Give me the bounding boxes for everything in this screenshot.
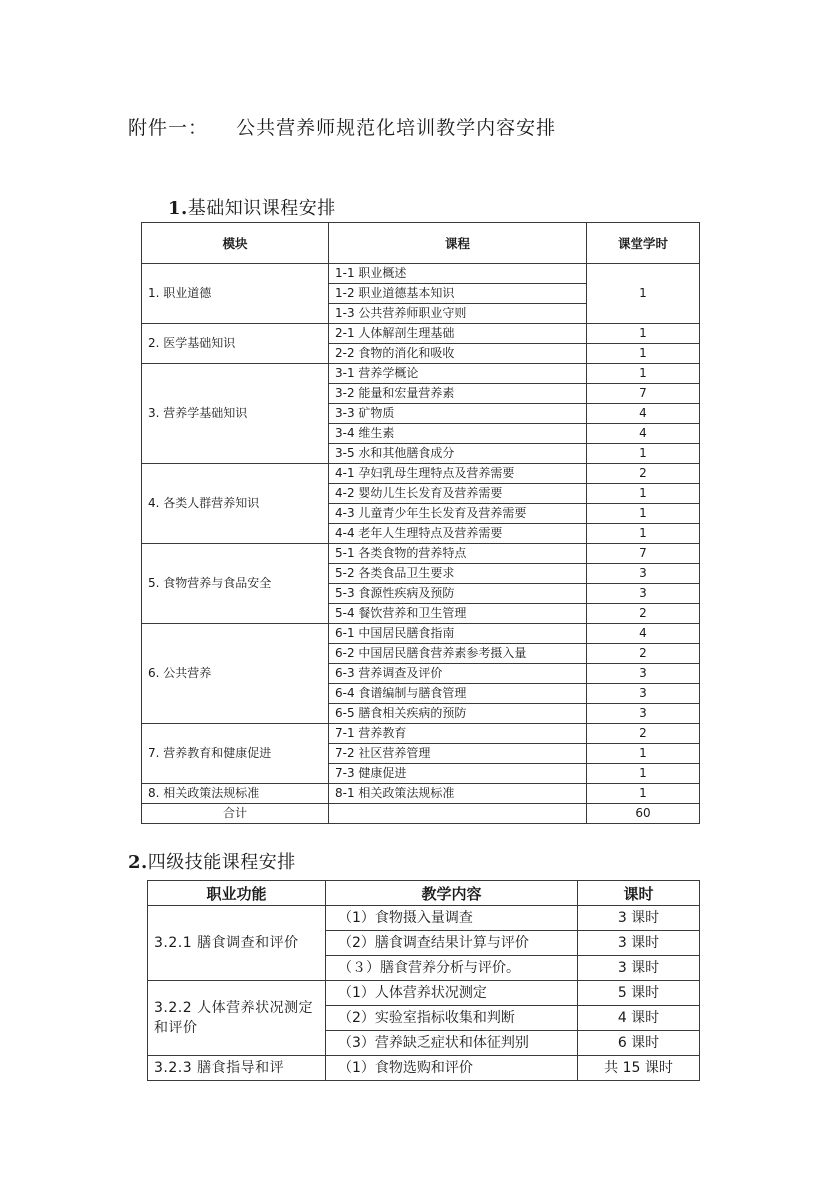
header-content: 教学内容 (326, 881, 578, 906)
total-course (329, 804, 587, 824)
module-cell: 5. 食物营养与食品安全 (142, 544, 329, 624)
module-cell: 4. 各类人群营养知识 (142, 464, 329, 544)
section-1-heading: 1.基础知识课程安排 (168, 194, 336, 220)
hours-cell: 共 15 课时 (578, 1056, 700, 1081)
content-cell: （1）人体营养状况测定 (326, 981, 578, 1006)
module-cell: 1. 职业道德 (142, 264, 329, 324)
table-header-row: 模块 课程 课堂学时 (142, 223, 700, 264)
hours-cell: 1 (587, 744, 700, 764)
header-module: 模块 (142, 223, 329, 264)
hours-cell: 3 课时 (578, 931, 700, 956)
hours-cell: 3 课时 (578, 956, 700, 981)
table-row: 8. 相关政策法规标准 8-1 相关政策法规标准 1 (142, 784, 700, 804)
table-row: 4. 各类人群营养知识 4-1 孕妇乳母生理特点及营养需要 2 (142, 464, 700, 484)
header-course: 课程 (329, 223, 587, 264)
hours-cell: 1 (587, 324, 700, 344)
hours-cell: 1 (587, 444, 700, 464)
content-cell: （1）食物选购和评价 (326, 1056, 578, 1081)
content-cell: （2）膳食调查结果计算与评价 (326, 931, 578, 956)
course-cell: 1-2 职业道德基本知识 (329, 284, 587, 304)
content-cell: （３）膳食营养分析与评价。 (326, 956, 578, 981)
course-cell: 6-2 中国居民膳食营养素参考摄入量 (329, 644, 587, 664)
hours-cell: 2 (587, 724, 700, 744)
hours-cell: 7 (587, 544, 700, 564)
table-row: 2. 医学基础知识 2-1 人体解剖生理基础 1 (142, 324, 700, 344)
table-row: 7. 营养教育和健康促进 7-1 营养教育 2 (142, 724, 700, 744)
hours-cell: 6 课时 (578, 1031, 700, 1056)
section-1-title: 基础知识课程安排 (188, 198, 336, 219)
hours-cell: 1 (587, 264, 700, 324)
course-cell: 5-2 各类食品卫生要求 (329, 564, 587, 584)
course-cell: 7-1 营养教育 (329, 724, 587, 744)
table-row: 3.2.3 膳食指导和评 （1）食物选购和评价 共 15 课时 (148, 1056, 700, 1081)
hours-cell: 4 课时 (578, 1006, 700, 1031)
function-cell: 3.2.3 膳食指导和评 (148, 1056, 326, 1081)
course-cell: 6-4 食谱编制与膳食管理 (329, 684, 587, 704)
hours-cell: 3 (587, 684, 700, 704)
course-cell: 4-2 婴幼儿生长发育及营养需要 (329, 484, 587, 504)
course-cell: 4-3 儿童青少年生长发育及营养需要 (329, 504, 587, 524)
module-cell: 3. 营养学基础知识 (142, 364, 329, 464)
course-cell: 6-5 膳食相关疾病的预防 (329, 704, 587, 724)
page-title: 附件一： 公共营养师规范化培训教学内容安排 (128, 113, 556, 140)
hours-cell: 3 (587, 564, 700, 584)
table-row: 6. 公共营养 6-1 中国居民膳食指南 4 (142, 624, 700, 644)
course-cell: 7-3 健康促进 (329, 764, 587, 784)
section-1-number: 1. (168, 198, 188, 219)
hours-cell: 2 (587, 604, 700, 624)
hours-cell: 1 (587, 764, 700, 784)
module-cell: 8. 相关政策法规标准 (142, 784, 329, 804)
hours-cell: 7 (587, 384, 700, 404)
course-cell: 1-3 公共营养师职业守则 (329, 304, 587, 324)
course-cell: 3-2 能量和宏量营养素 (329, 384, 587, 404)
content-cell: （2）实验室指标收集和判断 (326, 1006, 578, 1031)
course-cell: 5-4 餐饮营养和卫生管理 (329, 604, 587, 624)
hours-cell: 5 课时 (578, 981, 700, 1006)
hours-cell: 1 (587, 504, 700, 524)
course-cell: 4-1 孕妇乳母生理特点及营养需要 (329, 464, 587, 484)
total-hours: 60 (587, 804, 700, 824)
hours-cell: 3 课时 (578, 906, 700, 931)
hours-cell: 4 (587, 424, 700, 444)
course-cell: 3-1 营养学概论 (329, 364, 587, 384)
header-hours: 课时 (578, 881, 700, 906)
section-2-number: 2. (128, 852, 148, 873)
function-cell: 3.2.1 膳食调查和评价 (148, 906, 326, 981)
table-row: 3.2.1 膳食调查和评价 （1）食物摄入量调查 3 课时 (148, 906, 700, 931)
hours-cell: 1 (587, 524, 700, 544)
hours-cell: 1 (587, 784, 700, 804)
course-cell: 3-3 矿物质 (329, 404, 587, 424)
content-cell: （3）营养缺乏症状和体征判别 (326, 1031, 578, 1056)
header-function: 职业功能 (148, 881, 326, 906)
total-row: 合计 60 (142, 804, 700, 824)
hours-cell: 3 (587, 664, 700, 684)
hours-cell: 4 (587, 624, 700, 644)
module-cell: 6. 公共营养 (142, 624, 329, 724)
header-hours: 课堂学时 (587, 223, 700, 264)
hours-cell: 1 (587, 344, 700, 364)
course-cell: 2-2 食物的消化和吸收 (329, 344, 587, 364)
table-header-row: 职业功能 教学内容 课时 (148, 881, 700, 906)
course-cell: 7-2 社区营养管理 (329, 744, 587, 764)
course-cell: 3-4 维生素 (329, 424, 587, 444)
course-cell: 6-1 中国居民膳食指南 (329, 624, 587, 644)
course-cell: 3-5 水和其他膳食成分 (329, 444, 587, 464)
skills-course-table: 职业功能 教学内容 课时 3.2.1 膳食调查和评价 （1）食物摄入量调查 3 … (147, 880, 700, 1081)
hours-cell: 4 (587, 404, 700, 424)
table-row: 3.2.2 人体营养状况测定和评价 （1）人体营养状况测定 5 课时 (148, 981, 700, 1006)
course-cell: 8-1 相关政策法规标准 (329, 784, 587, 804)
table-row: 3. 营养学基础知识 3-1 营养学概论 1 (142, 364, 700, 384)
course-cell: 5-1 各类食物的营养特点 (329, 544, 587, 564)
course-cell: 4-4 老年人生理特点及营养需要 (329, 524, 587, 544)
section-2-heading: 2.四级技能课程安排 (128, 848, 296, 874)
hours-cell: 3 (587, 584, 700, 604)
course-cell: 5-3 食源性疾病及预防 (329, 584, 587, 604)
function-cell: 3.2.2 人体营养状况测定和评价 (148, 981, 326, 1056)
total-label: 合计 (142, 804, 329, 824)
hours-cell: 1 (587, 484, 700, 504)
section-2-title: 四级技能课程安排 (148, 852, 296, 873)
content-cell: （1）食物摄入量调查 (326, 906, 578, 931)
course-cell: 2-1 人体解剖生理基础 (329, 324, 587, 344)
table-row: 5. 食物营养与食品安全 5-1 各类食物的营养特点 7 (142, 544, 700, 564)
course-cell: 6-3 营养调查及评价 (329, 664, 587, 684)
basic-knowledge-table: 模块 课程 课堂学时 1. 职业道德 1-1 职业概述 1 1-2 职业道德基本… (141, 222, 700, 824)
course-cell: 1-1 职业概述 (329, 264, 587, 284)
hours-cell: 1 (587, 364, 700, 384)
hours-cell: 3 (587, 704, 700, 724)
module-cell: 7. 营养教育和健康促进 (142, 724, 329, 784)
hours-cell: 2 (587, 464, 700, 484)
hours-cell: 2 (587, 644, 700, 664)
module-cell: 2. 医学基础知识 (142, 324, 329, 364)
table-row: 1. 职业道德 1-1 职业概述 1 (142, 264, 700, 284)
